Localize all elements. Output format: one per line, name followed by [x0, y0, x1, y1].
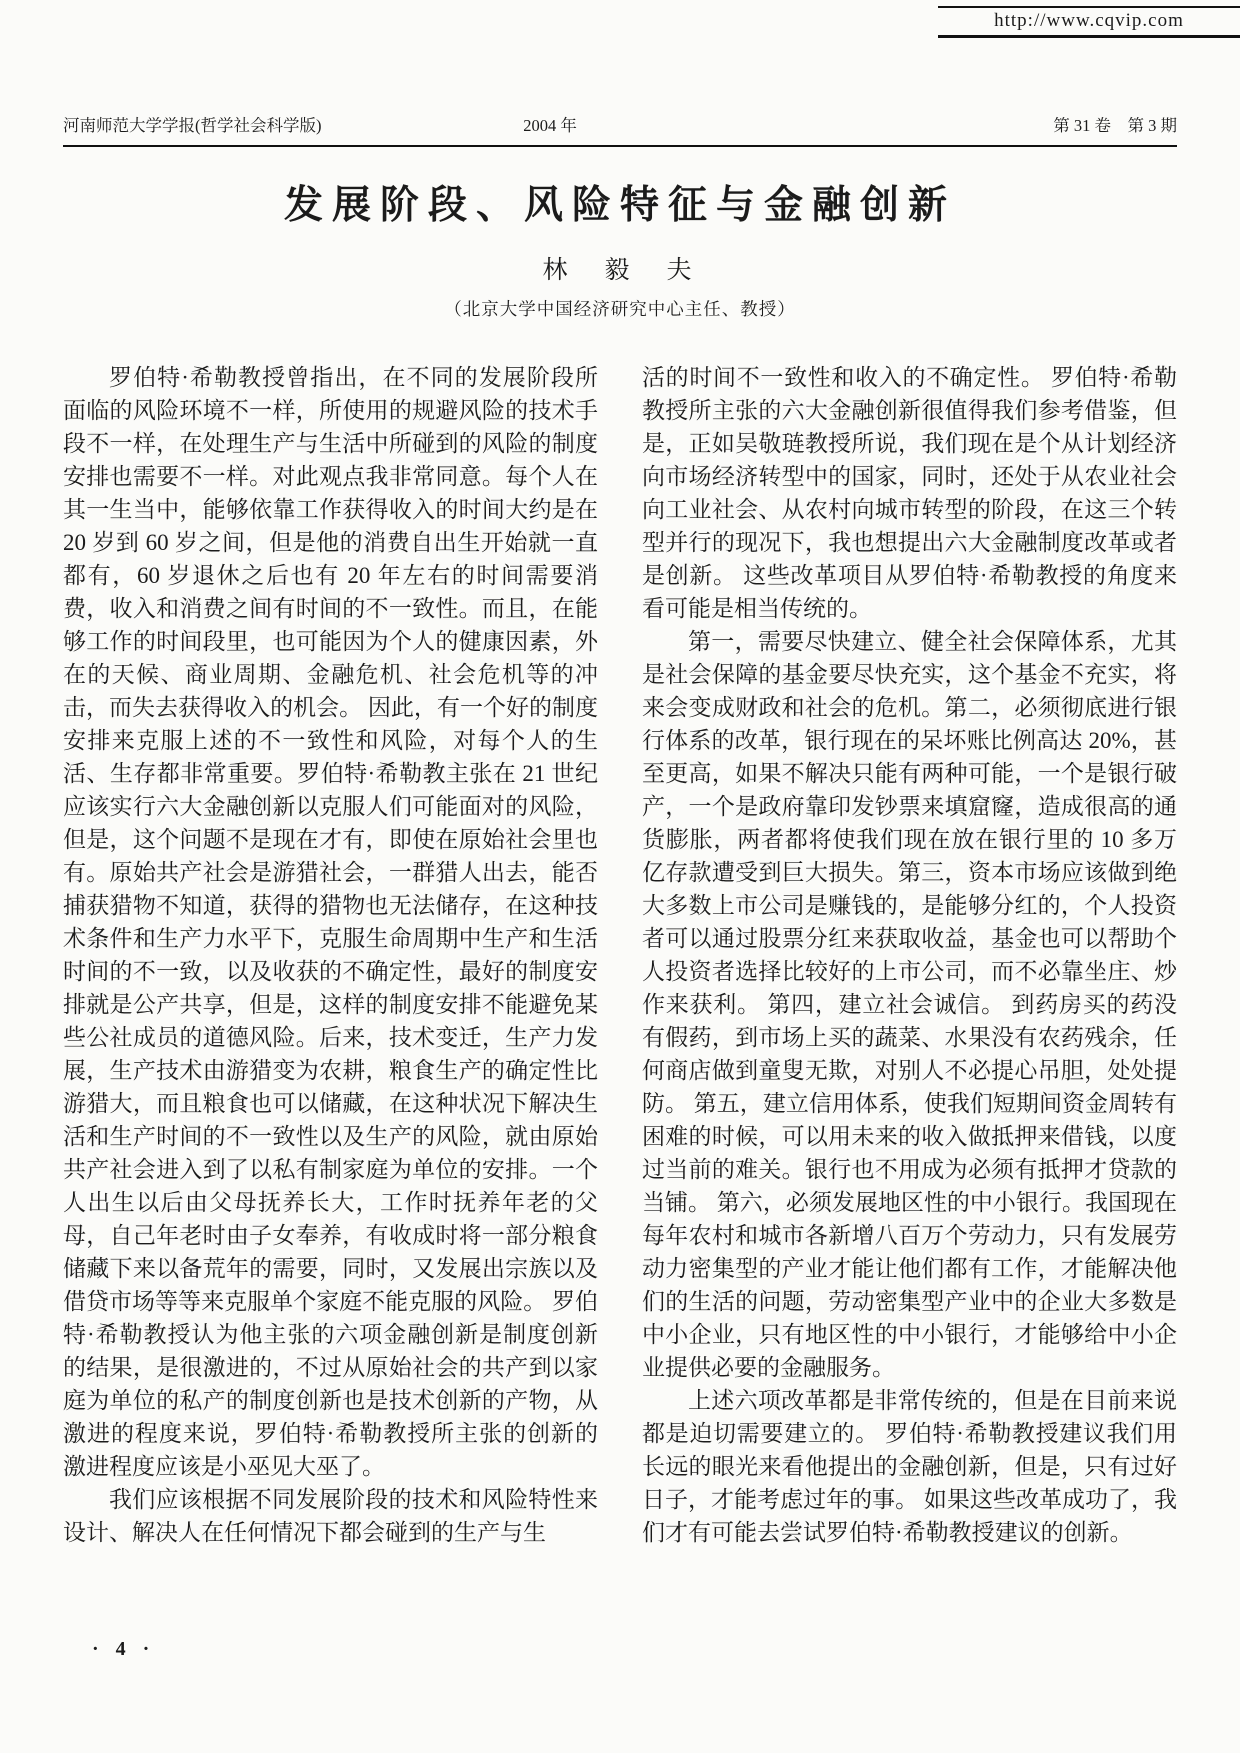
journal-header: 河南师范大学学报(哲学社会科学版) 2004 年 第 31 卷 第 3 期: [63, 112, 1177, 147]
article-body: 罗伯特·希勒教授曾指出，在不同的发展阶段所面临的风险环境不一样，所使用的规避风险…: [63, 361, 1177, 1549]
body-paragraph: 上述六项改革都是非常传统的，但是在目前来说都是迫切需要建立的。 罗伯特·希勒教授…: [642, 1384, 1177, 1549]
article-affiliation: （北京大学中国经济研究中心主任、教授）: [0, 296, 1240, 321]
journal-year: 2004 年: [523, 112, 577, 136]
body-paragraph: 罗伯特·希勒教授曾指出，在不同的发展阶段所面临的风险环境不一样，所使用的规避风险…: [63, 361, 598, 1483]
right-column: 活的时间不一致性和收入的不确定性。 罗伯特·希勒教授所主张的六大金融创新很值得我…: [642, 361, 1177, 1549]
body-paragraph: 我们应该根据不同发展阶段的技术和风险特性来设计、解决人在任何情况下都会碰到的生产…: [63, 1483, 598, 1549]
journal-name: 河南师范大学学报(哲学社会科学版): [63, 112, 593, 136]
watermark-url: http://www.cqvip.com: [938, 6, 1240, 38]
journal-volume-issue: 第 31 卷 第 3 期: [647, 112, 1177, 136]
page-number: · 4 ·: [92, 1638, 155, 1661]
body-paragraph: 第一，需要尽快建立、健全社会保障体系，尤其是社会保障的基金要尽快充实，这个基金不…: [642, 625, 1177, 1384]
body-paragraph: 活的时间不一致性和收入的不确定性。 罗伯特·希勒教授所主张的六大金融创新很值得我…: [642, 361, 1177, 625]
article-title: 发展阶段、风险特征与金融创新: [0, 174, 1240, 230]
left-column: 罗伯特·希勒教授曾指出，在不同的发展阶段所面临的风险环境不一样，所使用的规避风险…: [63, 361, 598, 1549]
article-author: 林 毅 夫: [0, 250, 1240, 286]
scanned-journal-page: http://www.cqvip.com 河南师范大学学报(哲学社会科学版) 2…: [0, 0, 1240, 1753]
